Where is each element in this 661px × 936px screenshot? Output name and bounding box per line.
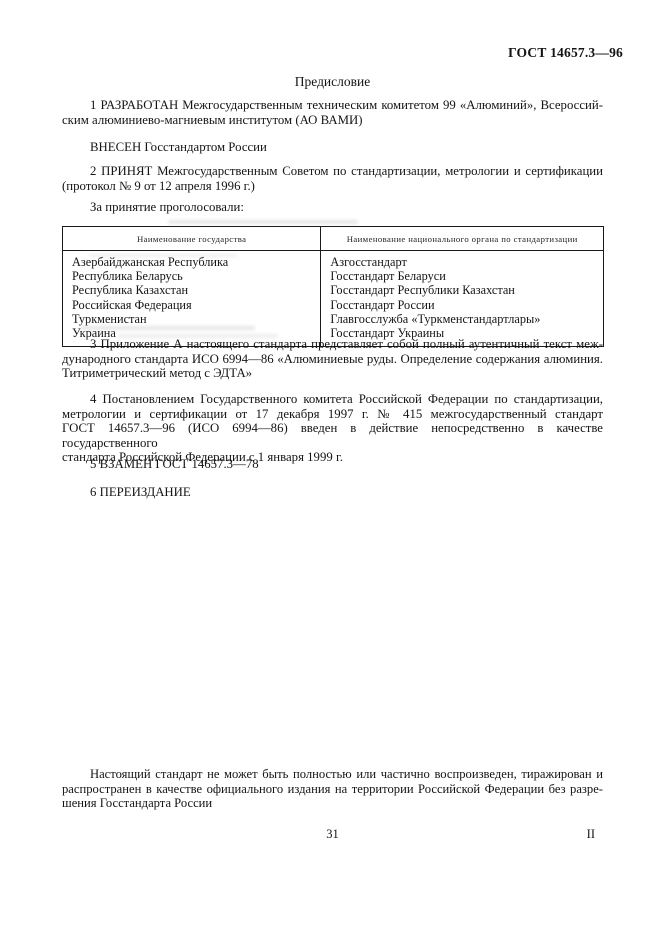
state-cell: Республика Беларусь <box>63 269 321 283</box>
state-cell: Российская Федерация <box>63 298 321 312</box>
text-line: 4 Постановлением Государственного комите… <box>62 392 603 407</box>
body-cell: Госстандарт Беларуси <box>321 269 604 283</box>
paragraph-submitted: ВНЕСЕН Госстандартом России <box>62 140 603 155</box>
text-line: 1 РАЗРАБОТАН Межгосударственным техничес… <box>62 98 603 113</box>
text-line: (протокол № 9 от 12 апреля 1996 г.) <box>62 179 603 194</box>
voting-table-header: Наименование государства Наименование на… <box>63 227 604 251</box>
paragraph-decree: 4 Постановлением Государственного комите… <box>62 392 603 465</box>
paragraph-developed: 1 РАЗРАБОТАН Межгосударственным техничес… <box>62 98 603 127</box>
doc-code: ГОСТ 14657.3—96 <box>508 45 623 61</box>
text-line: 6 ПЕРЕИЗДАНИЕ <box>62 485 603 500</box>
state-cell: Республика Казахстан <box>63 283 321 297</box>
text-line: ГОСТ 14657.3—96 (ИСО 6994—86) введен в д… <box>62 421 603 450</box>
text-line: метрологии и сертификации от 17 декабря … <box>62 407 603 422</box>
text-line: За принятие проголосовали: <box>62 200 603 215</box>
table-row: Туркменистан Главгосслужба «Туркменстанд… <box>63 312 604 326</box>
column-header-body: Наименование национального органа по ста… <box>321 227 604 251</box>
text-line: шения Госстандарта России <box>62 796 603 811</box>
copyright-notice: Настоящий стандарт не может быть полност… <box>62 767 603 811</box>
text-line: 2 ПРИНЯТ Межгосударственным Советом по с… <box>62 164 603 179</box>
paragraph-replaces: 5 ВЗАМЕН ГОСТ 14657.3—78 <box>62 457 603 472</box>
state-cell: Туркменистан <box>63 312 321 326</box>
body-cell: Госстандарт Республики Казахстан <box>321 283 604 297</box>
paragraph-annex: 3 Приложение А настоящего стандарта пред… <box>62 337 603 381</box>
page-number: 31 <box>62 827 603 842</box>
text-line: распространен в качестве официального из… <box>62 782 603 797</box>
page-title: Предисловие <box>62 74 603 90</box>
body-cell: Госстандарт России <box>321 298 604 312</box>
text-line: Титриметрический метод с ЭДТА» <box>62 366 603 381</box>
body-cell: Азгосстандарт <box>321 251 604 270</box>
text-line: ВНЕСЕН Госстандартом России <box>62 140 603 155</box>
scan-artifact <box>168 220 358 224</box>
text-line: 5 ВЗАМЕН ГОСТ 14657.3—78 <box>62 457 603 472</box>
text-line: дународного стандарта ИСО 6994—86 «Алюми… <box>62 352 603 367</box>
scan-artifact <box>80 326 255 330</box>
text-line: 3 Приложение А настоящего стандарта пред… <box>62 337 603 352</box>
table-row: Республика Беларусь Госстандарт Беларуси <box>63 269 604 283</box>
text-line: Настоящий стандарт не может быть полност… <box>62 767 603 782</box>
paragraph-vote-intro: За принятие проголосовали: <box>62 200 603 215</box>
body-cell: Главгосслужба «Туркменстандартлары» <box>321 312 604 326</box>
document-page: ГОСТ 14657.3—96 Предисловие 1 РАЗРАБОТАН… <box>0 0 661 936</box>
scan-artifact <box>118 334 278 338</box>
paragraph-reissue: 6 ПЕРЕИЗДАНИЕ <box>62 485 603 500</box>
column-header-state: Наименование государства <box>63 227 321 251</box>
table-row: Республика Казахстан Госстандарт Республ… <box>63 283 604 297</box>
paragraph-adopted: 2 ПРИНЯТ Межгосударственным Советом по с… <box>62 164 603 193</box>
table-row: Российская Федерация Госстандарт России <box>63 298 604 312</box>
edition-mark: II <box>587 827 595 842</box>
scan-artifact <box>88 254 238 257</box>
text-line: ским алюминиево-магниевым институтом (АО… <box>62 113 603 128</box>
